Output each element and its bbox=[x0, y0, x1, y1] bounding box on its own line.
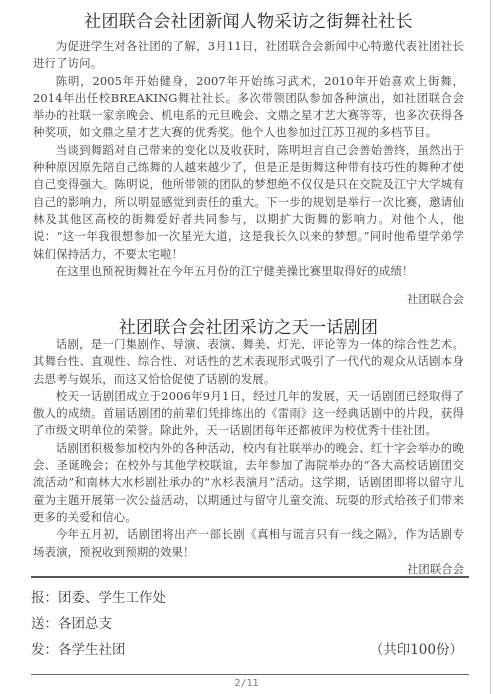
paragraph: 陈明，2005年开始健身，2007年开始练习武术，2010年开始喜欢上街舞，20… bbox=[33, 73, 464, 142]
paragraph: 话剧团积极参加校内外的各种活动，校内有社联举办的晚会、红十字会举办的晚会、圣诞晚… bbox=[33, 440, 464, 526]
article-title-street-dance: 社团联合会社团新闻人物采访之街舞社社长 bbox=[33, 7, 464, 32]
paragraph: 今年五月初，话剧团将出产一部长剧《真相与谎言只有一线之隔》，作为话剧专场表演，预… bbox=[33, 526, 464, 561]
distribution-send-to: 送：各团总支 bbox=[31, 612, 463, 632]
signature: 社团联合会 bbox=[33, 291, 464, 308]
article-body-drama-club: 话剧，是一门集剧作、导演、表演、舞美、灯光、评论等为一体的综合性艺术。其舞台性、… bbox=[33, 336, 464, 578]
paragraph: 为促进学生对各社团的了解，3月11日，社团联合会新闻中心特邀代表社团社长进行了访… bbox=[33, 38, 464, 73]
paragraph: 话剧，是一门集剧作、导演、表演、舞美、灯光、评论等为一体的综合性艺术。其舞台性、… bbox=[33, 336, 464, 388]
distribution-report-to: 报：团委、学生工作处 bbox=[31, 586, 463, 606]
article-body-street-dance: 为促进学生对各社团的了解，3月11日，社团联合会新闻中心特邀代表社团社长进行了访… bbox=[33, 38, 464, 308]
paragraph: 当谈到舞蹈对自己带来的变化以及收获时，陈明坦言自己会善始善终，虽然出于种种原因原… bbox=[33, 142, 464, 263]
page-number: 2/11 bbox=[0, 678, 493, 689]
page-edge-border bbox=[490, 0, 491, 694]
issue-to-text: 发：各学生社团 bbox=[31, 642, 126, 658]
distribution-bottom-rule bbox=[31, 674, 469, 675]
paragraph: 校天一话剧团成立于2006年9月1日，经过几年的发展，天一话剧团已经取得了傲人的… bbox=[33, 388, 464, 440]
report-to-text: 报：团委、学生工作处 bbox=[31, 590, 166, 606]
distribution-issue-to: 发：各学生社团 （共印100份） bbox=[31, 638, 463, 658]
print-copies-count: （共印100份） bbox=[370, 638, 463, 658]
article-title-drama-club: 社团联合会社团采访之天一话剧团 bbox=[33, 313, 464, 338]
distribution-top-rule bbox=[31, 576, 469, 578]
send-to-text: 送：各团总支 bbox=[31, 616, 112, 632]
paragraph: 在这里也预祝街舞社在今年五月份的江宁健美操比赛里取得好的成绩！ bbox=[33, 263, 464, 280]
